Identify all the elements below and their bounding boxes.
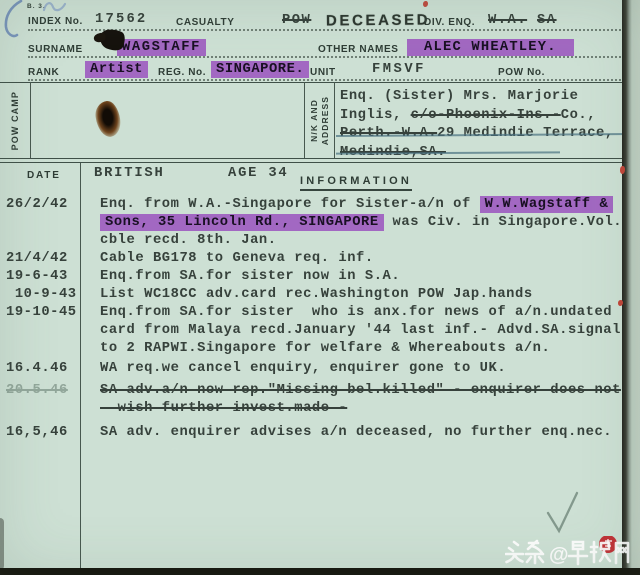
surname-value: WAGSTAFF xyxy=(117,39,206,56)
nk-and-label: N/K AND xyxy=(309,99,319,142)
info-row-date: 16,5,46 xyxy=(0,424,86,442)
deceased-stamp: DECEASED xyxy=(326,11,430,29)
info-row-date: 19-6-43 xyxy=(0,268,86,286)
info-line: cble recd. 8th. Jan. xyxy=(100,232,622,250)
info-row-date: 20.5.46 xyxy=(0,382,86,418)
pow-no-label: POW No. xyxy=(498,67,545,78)
text-segment: Inglis, xyxy=(340,108,411,123)
scan-edge-bottom xyxy=(0,568,640,575)
info-line: Sons, 35 Lincoln Rd., SINGAPORE was Civ.… xyxy=(100,214,622,232)
text-segment: to 2 RAPWI.Singapore for welfare & Where… xyxy=(100,341,550,356)
index-no-value: 17562 xyxy=(95,12,147,27)
address-line: Inglis, c/o-Phoenix-Ins.-Co., xyxy=(340,107,632,126)
pow-index-card-scan: { "colors": { "card_bg": "#cde0d4", "hig… xyxy=(0,0,640,575)
information-header: INFORMATION xyxy=(300,175,412,191)
dotted-rule xyxy=(28,56,624,58)
handwritten-six-mark xyxy=(0,0,30,44)
text-segment: Cable BG178 to Geneva req. inf. xyxy=(100,251,374,266)
info-line: wish further invest.made - xyxy=(100,400,622,418)
info-row: 19-6-43Enq.from SA.for sister now in S.A… xyxy=(0,268,622,286)
column-rule xyxy=(334,82,335,159)
info-row: 16,5,46SA adv. enquirer advises a/n dece… xyxy=(0,424,622,442)
unit-label: UNIT xyxy=(310,67,336,78)
text-segment: SA adv. enquirer advises a/n deceased, n… xyxy=(100,425,612,440)
scan-edge-right xyxy=(622,0,640,575)
text-segment: Enq.from SA.for sister who is anx.for ne… xyxy=(100,305,612,320)
pow-camp-label: POW CAMP xyxy=(10,91,20,150)
info-row: 10-9-43List WC18CC adv.card rec.Washingt… xyxy=(0,286,622,304)
info-row: 21/4/42Cable BG178 to Geneva req. inf. xyxy=(0,250,622,268)
info-row-text: Enq. from W.A.-Singapore for Sister-a/n … xyxy=(86,196,622,250)
text-segment: was Civ. in Singapore.Vol. xyxy=(384,215,622,230)
info-line: to 2 RAPWI.Singapore for welfare & Where… xyxy=(100,340,622,358)
unit-value: FMSVF xyxy=(372,62,426,77)
info-row-text: Enq.from SA.for sister now in S.A. xyxy=(86,268,622,286)
info-line: SA adv.a/n now rep."Missing bel.killed" … xyxy=(100,382,622,400)
double-rule-bottom xyxy=(0,162,622,163)
info-line: Cable BG178 to Geneva req. inf. xyxy=(100,250,622,268)
info-row-text: Enq.from SA.for sister who is anx.for ne… xyxy=(86,304,622,358)
info-row-date: 21/4/42 xyxy=(0,250,86,268)
info-line: Enq.from SA.for sister who is anx.for ne… xyxy=(100,304,622,322)
div-enq-value-1: W.A. xyxy=(488,13,527,28)
reg-no-value: SINGAPORE. xyxy=(211,61,309,78)
struck-text: c/o-Phoenix-Ins.- xyxy=(411,108,561,123)
address-line: Enq. (Sister) Mrs. Marjorie xyxy=(340,88,632,107)
other-names-label: OTHER NAMES xyxy=(318,44,399,55)
blue-scribble-mark xyxy=(42,0,68,16)
div-enq-label: DIV. ENQ. xyxy=(424,17,475,28)
text-segment: Enq. (Sister) Mrs. Marjorie xyxy=(340,89,578,104)
text-segment: Enq. from W.A.-Singapore for Sister-a/n … xyxy=(100,197,480,212)
reg-no-label: REG. No. xyxy=(158,67,206,78)
watermark: 头条 @早报网 @ xyxy=(505,536,631,566)
info-line: Enq. from W.A.-Singapore for Sister-a/n … xyxy=(100,196,622,214)
index-no-label: INDEX No. xyxy=(28,16,83,27)
text-segment: WA req.we cancel enquiry, enquirer gone … xyxy=(100,361,506,376)
double-rule-top xyxy=(0,158,622,159)
text-segment: List WC18CC adv.card rec.Washington POW … xyxy=(100,287,533,302)
text-segment: cble recd. 8th. Jan. xyxy=(100,233,277,248)
pow-camp-label-box: POW CAMP xyxy=(0,82,30,159)
info-line: WA req.we cancel enquiry, enquirer gone … xyxy=(100,360,622,378)
info-row-date: 26/2/42 xyxy=(0,196,86,250)
highlighted-text: W.W.Wagstaff & xyxy=(480,196,614,213)
nk-address-label-box: N/K AND ADDRESS xyxy=(305,82,334,159)
scan-edge-corner xyxy=(0,518,4,570)
age-value: AGE 34 xyxy=(228,166,288,181)
dotted-rule xyxy=(28,79,624,81)
info-row-text: SA adv.a/n now rep."Missing bel.killed" … xyxy=(86,382,622,418)
info-line: card from Malaya recd.January '44 last i… xyxy=(100,322,622,340)
watermark-glyphs-icon: @ xyxy=(505,536,631,566)
info-row-date: 16.4.46 xyxy=(0,360,86,378)
text-segment: Enq.from SA.for sister now in S.A. xyxy=(100,269,400,284)
text-segment: card from Malaya recd.January '44 last i… xyxy=(100,323,621,338)
surname-label: SURNAME xyxy=(28,44,83,55)
nationality-value: BRITISH xyxy=(94,166,165,181)
info-line: Enq.from SA.for sister now in S.A. xyxy=(100,268,622,286)
div-enq-value-2: SA xyxy=(537,13,557,28)
struck-text: SA adv.a/n now rep."Missing bel.killed" … xyxy=(100,383,621,398)
pencil-checkmark-icon xyxy=(545,490,581,538)
info-row-date: 10-9-43 xyxy=(0,286,86,304)
info-row-text: List WC18CC adv.card rec.Washington POW … xyxy=(86,286,622,304)
address-label: ADDRESS xyxy=(320,96,330,145)
info-row: 16.4.46WA req.we cancel enquiry, enquire… xyxy=(0,360,622,378)
other-names-value: ALEC WHEATLEY. xyxy=(407,39,574,56)
info-row: 20.5.46SA adv.a/n now rep."Missing bel.k… xyxy=(0,382,622,418)
burn-hole xyxy=(94,100,123,139)
column-rule xyxy=(30,82,31,159)
information-rows: 26/2/42Enq. from W.A.-Singapore for Sist… xyxy=(0,196,622,442)
casualty-struck-value: POW xyxy=(282,13,311,28)
info-row: 26/2/42Enq. from W.A.-Singapore for Sist… xyxy=(0,196,622,250)
info-row-date: 19-10-45 xyxy=(0,304,86,358)
rank-value: Artist xyxy=(85,61,148,78)
struck-text: wish further invest.made - xyxy=(100,401,347,416)
date-header: DATE xyxy=(27,170,61,181)
text-segment: Co., xyxy=(561,108,596,123)
info-row-text: SA adv. enquirer advises a/n deceased, n… xyxy=(86,424,622,442)
info-line: SA adv. enquirer advises a/n deceased, n… xyxy=(100,424,622,442)
red-speck xyxy=(423,1,428,7)
rank-label: RANK xyxy=(28,67,59,78)
casualty-label: CASUALTY xyxy=(176,17,235,28)
info-row-text: Cable BG178 to Geneva req. inf. xyxy=(86,250,622,268)
highlighted-text: Sons, 35 Lincoln Rd., SINGAPORE xyxy=(100,214,384,231)
info-row: 19-10-45Enq.from SA.for sister who is an… xyxy=(0,304,622,358)
svg-text:@: @ xyxy=(549,544,569,566)
info-row-text: WA req.we cancel enquiry, enquirer gone … xyxy=(86,360,622,378)
info-line: List WC18CC adv.card rec.Washington POW … xyxy=(100,286,622,304)
